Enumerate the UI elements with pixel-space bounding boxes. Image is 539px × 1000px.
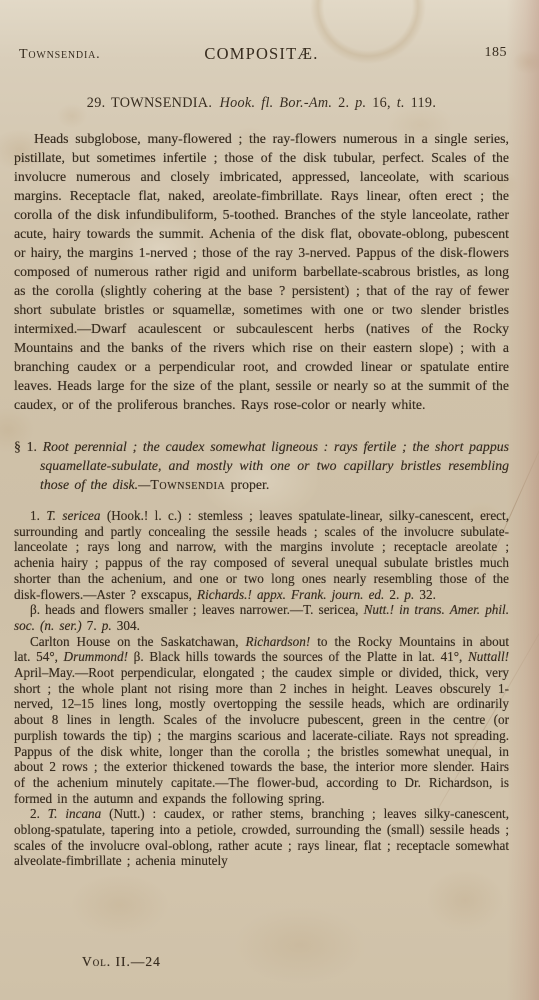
text-run: 119. — [405, 95, 436, 111]
text-run: 1. — [30, 508, 46, 523]
text-run: p. — [102, 618, 112, 633]
text-run: April–May.—Root perpendicular, elongated… — [14, 665, 509, 806]
text-run: Heads subglobose, many-flowered ; the ra… — [14, 131, 509, 412]
genus-heading: 29. TOWNSENDIA. Hook. fl. Bor.-Am. 2. p.… — [14, 95, 509, 112]
text-column: Townsendia. COMPOSITÆ. 185 29. TOWNSENDI… — [14, 0, 509, 1000]
running-head-family: COMPOSITÆ. — [14, 44, 509, 64]
text-run: proper. — [225, 477, 269, 492]
page-number: 185 — [485, 45, 508, 61]
text-run: Richards.! appx. Frank. journ. ed. — [197, 587, 384, 602]
running-head: Townsendia. COMPOSITÆ. 185 — [14, 44, 509, 64]
text-run: Hook. fl. Bor.-Am. — [220, 95, 333, 111]
text-run: T. incana — [48, 806, 101, 821]
habitat-paragraph: Carlton House on the Saskatchawan, Richa… — [14, 634, 509, 807]
text-run: Carlton House on the Saskatchawan, — [30, 634, 246, 649]
text-run: 32. — [414, 587, 436, 602]
text-run: t. — [397, 95, 405, 111]
text-run: Nuttall! — [468, 649, 509, 664]
text-run: 2. — [332, 95, 355, 111]
genus-description-paragraph: Heads subglobose, many-flowered ; the ra… — [14, 129, 509, 414]
text-run: 16, — [366, 95, 396, 111]
text-run: 7. — [82, 618, 102, 633]
text-run: Townsendia — [150, 477, 225, 492]
text-run: 304. — [112, 618, 140, 633]
text-run: T. sericea — [46, 508, 100, 523]
text-run: Richardson! — [246, 634, 311, 649]
text-run: 2. — [30, 806, 48, 821]
volume-signature: Vol. II.—24 — [82, 954, 161, 970]
species-1-entry: 1. T. sericea (Hook.! l. c.) : stemless … — [14, 508, 509, 602]
text-run: 2. — [384, 587, 404, 602]
species-2-entry: 2. T. incana (Nutt.) : caudex, or rather… — [14, 806, 509, 869]
text-run: p. — [404, 587, 414, 602]
text-run: § 1. — [14, 439, 43, 454]
text-run: p. — [355, 95, 366, 111]
book-page-scan: Townsendia. COMPOSITÆ. 185 29. TOWNSENDI… — [0, 0, 539, 1000]
variety-beta-entry: β. heads and flowers smaller ; leaves na… — [14, 602, 509, 633]
text-run: β. heads and flowers smaller ; leaves na… — [30, 602, 364, 617]
text-run: β. Black hills towards the sources of th… — [128, 649, 468, 664]
text-run: Root perennial ; the caudex somewhat lig… — [40, 439, 509, 492]
section-1-heading: § 1. Root perennial ; the caudex somewha… — [14, 437, 509, 494]
text-run: Drummond! — [64, 649, 128, 664]
text-run: 29. TOWNSENDIA. — [87, 95, 220, 111]
